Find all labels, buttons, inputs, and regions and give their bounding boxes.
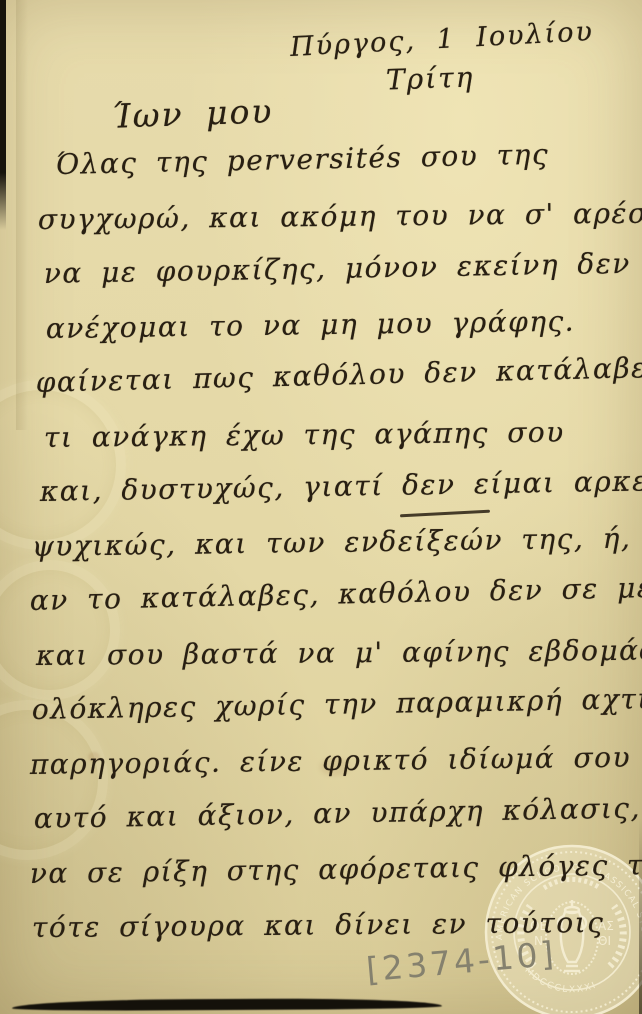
- handwriting-line: Όλας της perversités σου της: [55, 136, 640, 203]
- paper-fold-line: [16, 0, 28, 430]
- scan-edge-shadow-left: [0, 0, 6, 230]
- handwriting-line: και, δυστυχώς, γιατί δεν είμαι αρκετά: [40, 465, 641, 530]
- letter-body: Όλας της perversités σου τηςσυγχωρώ, και…: [30, 148, 640, 966]
- letter-scan-page: Πύργος, 1 Ιουλίου Τρίτη Ίων μου Όλας της…: [0, 0, 642, 1014]
- handwriting-line: αν το κατάλαβες, καθόλου δεν σε μέλει: [29, 571, 640, 638]
- day-line: Τρίτη: [385, 60, 474, 96]
- salutation: Ίων μου: [111, 91, 274, 136]
- handwriting-line: να σε ρίξη στης αφόρεταις φλόγες της: [30, 848, 641, 911]
- handwriting-line: τότε σίγουρα και δίνει εν τούτοις: [32, 906, 640, 966]
- handwriting-line: να με φουρκίζης, μόνον εκείνη δεν: [44, 247, 641, 312]
- handwriting-line: αυτό και άξιον, αν υπάρχη κόλασις,: [34, 791, 641, 856]
- handwriting-line: ολόκληρες χωρίς την παραμικρή αχτίδα: [32, 682, 641, 747]
